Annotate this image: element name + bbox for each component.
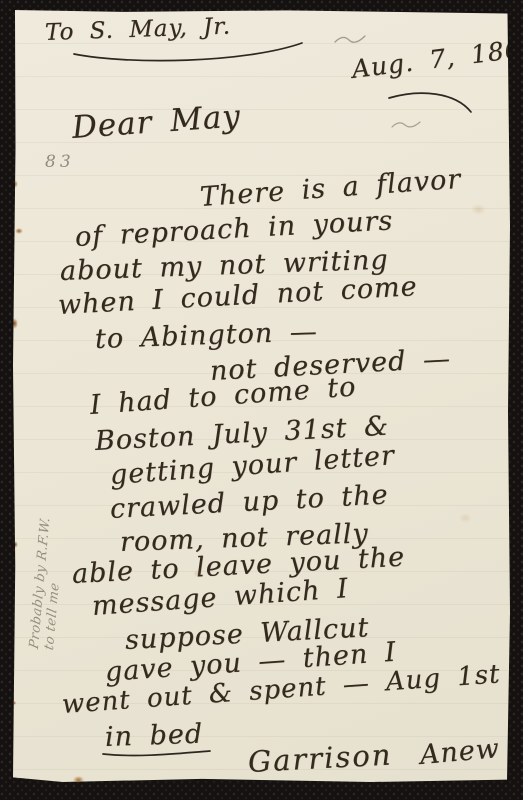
letter-paper: To S. May, Jr. Aug. 7, 1863, Dear May 83… [13,10,510,782]
signature: Garrison [247,737,393,779]
in-bed-underline [100,748,215,760]
foxing-stain [13,180,18,188]
addressee-underline-flourish [60,38,310,68]
date-line: Aug. 7, 1863, [350,31,510,84]
foxing-stain [13,541,18,548]
foxing-stain [193,570,202,577]
salutation: Dear May [71,98,242,146]
archival-number: 83 [45,152,75,172]
signature-flourish-word: Anew [419,733,501,771]
foxing-stain [459,513,472,523]
margin-pencil-annotation: Probably by R.F.W. to tell me [27,517,68,651]
foxing-stain [471,204,486,215]
pencil-squiggle-icon [389,118,425,134]
foxing-stain [13,701,16,705]
foxing-stain [15,228,23,234]
pencil-squiggle-icon [331,32,371,50]
date-flourish [385,88,477,118]
body-line: There is a flavor [199,164,462,213]
body-line: to Abington — [94,316,318,355]
foxing-stain [73,776,84,782]
foxing-stain [13,318,18,329]
letter-photograph: To S. May, Jr. Aug. 7, 1863, Dear May 83… [0,0,523,800]
